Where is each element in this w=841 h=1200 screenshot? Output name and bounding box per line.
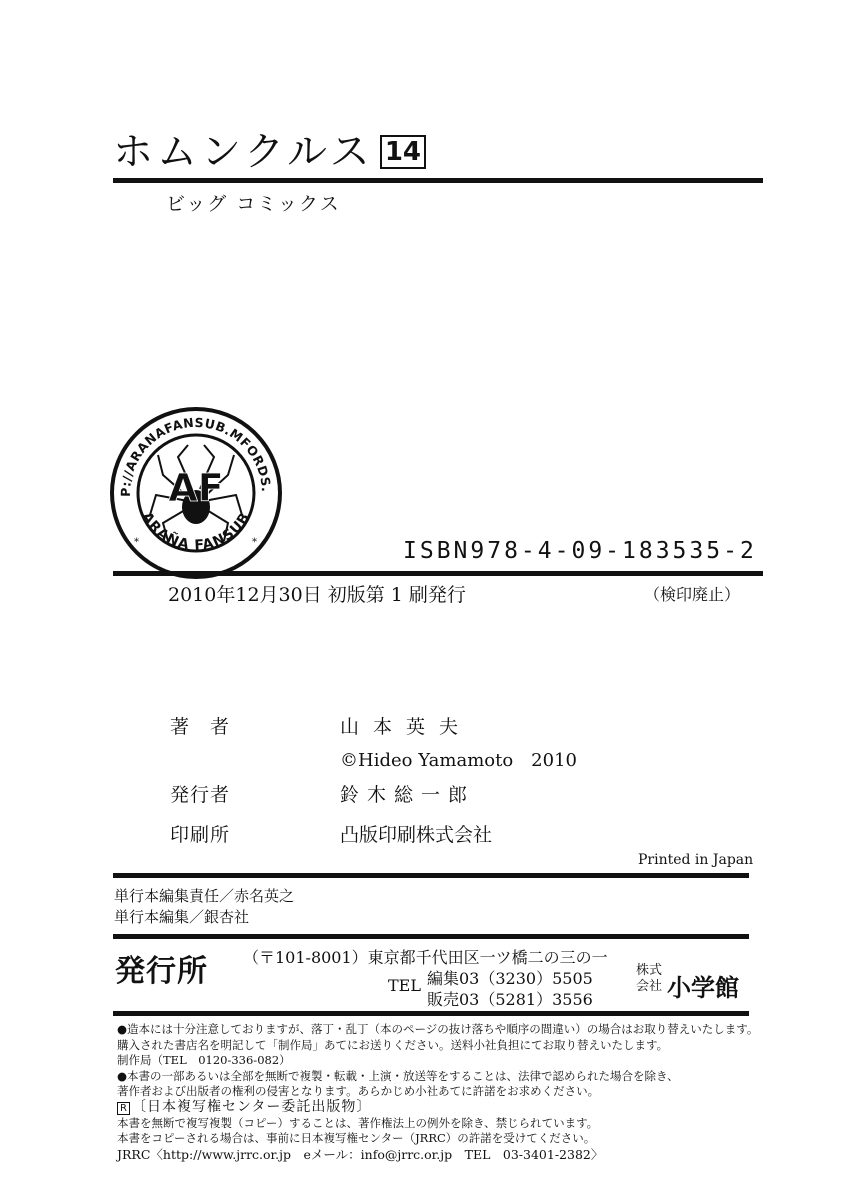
isbn-number: ISBN978-4-09-183535-2 bbox=[403, 538, 757, 564]
note-line: ●本書の一部あるいは全部を無断で複製・転載・上演・放送等をすることは、法律で認め… bbox=[117, 1069, 758, 1085]
printed-in-japan: Printed in Japan bbox=[638, 852, 753, 868]
series-name: ビッグ コミックス bbox=[166, 189, 341, 216]
book-title: ホムンクルス 14 bbox=[113, 128, 426, 176]
publisher-bottom-divider bbox=[113, 1011, 749, 1016]
jrrc-contact-line: JRRC〈http://www.jrrc.or.jp eメール：info@jrr… bbox=[117, 1147, 758, 1163]
book-title-text: ホムンクルス bbox=[113, 128, 374, 176]
credit-label-printer: 印刷所 bbox=[170, 820, 230, 847]
publisher-label: 発行所 bbox=[115, 946, 208, 990]
copyright-line: ©Hideo Yamamoto 2010 bbox=[340, 746, 577, 772]
tel-editorial: 編集03（3230）5505 bbox=[427, 966, 593, 989]
spider-icon: HTTP://ARANAFANSUB.MFORDS.COM ARAÑA FANS… bbox=[108, 405, 284, 581]
jrrc-line: 本書をコピーされる場合は、事前に日本複写権センター（JRRC）の許諾を受けてくだ… bbox=[117, 1131, 758, 1147]
publisher-top-divider bbox=[113, 934, 749, 939]
note-line: 著作者および出版者の権利の侵害となります。あらかじめ小社あてに許諾をお求めくださ… bbox=[117, 1084, 758, 1100]
company-type-prefix: 株式 会社 bbox=[636, 963, 662, 995]
volume-number-badge: 14 bbox=[380, 135, 426, 169]
credit-label-author: 著 者 bbox=[170, 712, 230, 739]
credit-value-printer: 凸版印刷株式会社 bbox=[340, 820, 492, 847]
legal-notes: ●造本には十分注意しておりますが、落丁・乱丁（本のページの抜け落ちや順序の間違い… bbox=[117, 1022, 758, 1162]
company-prefix-bottom: 会社 bbox=[636, 979, 662, 995]
svg-text:*: * bbox=[252, 537, 257, 548]
svg-text:AF: AF bbox=[168, 466, 223, 510]
note-line: 購入された書店名を明記して「制作局」あてにお送りください。送料小社負担にてお取り… bbox=[117, 1038, 758, 1054]
credit-label-publisher: 発行者 bbox=[170, 780, 230, 807]
title-divider bbox=[113, 178, 763, 183]
publication-date: 2010年12月30日 初版第 1 刷発行 bbox=[168, 580, 466, 607]
company-prefix-top: 株式 bbox=[636, 963, 662, 979]
credits-divider bbox=[113, 873, 749, 878]
isbn-divider bbox=[113, 571, 763, 576]
editorial-company: 単行本編集／銀杏社 bbox=[114, 906, 249, 927]
tel-label: TEL bbox=[388, 976, 421, 995]
jrrc-heading-row: R〔日本複写権センター委託出版物〕 bbox=[117, 1100, 758, 1116]
credit-value-author: 山本英夫 bbox=[340, 712, 472, 739]
company-name: 小学館 bbox=[667, 968, 739, 1003]
note-line: 制作局（TEL 0120-336-082） bbox=[117, 1053, 758, 1069]
tel-sales: 販売03（5281）3556 bbox=[427, 987, 593, 1010]
jrrc-line: 本書を無断で複写複製（コピー）することは、著作権法上の例外を除き、禁じられていま… bbox=[117, 1116, 758, 1132]
credit-value-publisher: 鈴木総一郎 bbox=[340, 780, 475, 807]
fansub-stamp-logo: HTTP://ARANAFANSUB.MFORDS.COM ARAÑA FANS… bbox=[108, 405, 284, 581]
editor-in-charge: 単行本編集責任／赤名英之 bbox=[114, 885, 294, 906]
note-line: ●造本には十分注意しておりますが、落丁・乱丁（本のページの抜け落ちや順序の間違い… bbox=[117, 1022, 758, 1038]
seal-abolished-note: （検印廃止） bbox=[644, 582, 740, 605]
svg-text:*: * bbox=[134, 537, 139, 548]
publisher-address: （〒101-8001）東京都千代田区一ツ橋二の三の一 bbox=[243, 945, 608, 968]
registered-r-icon: R bbox=[117, 1102, 130, 1115]
jrrc-heading: 〔日本複写権センター委託出版物〕 bbox=[132, 1099, 371, 1115]
